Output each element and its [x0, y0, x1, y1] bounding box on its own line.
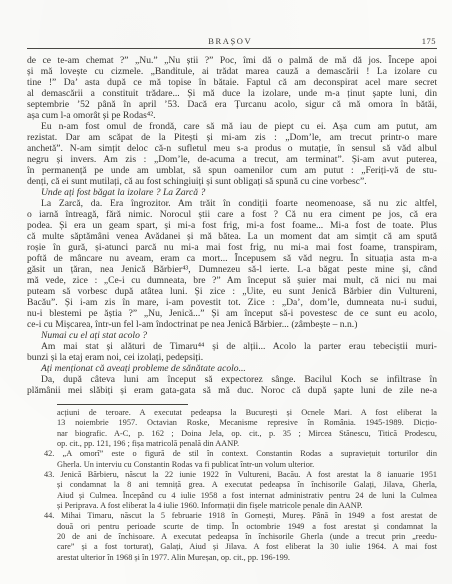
footnote-line: 13 noiembrie 1957. Octavian Roske, Mecan…: [44, 418, 437, 428]
body-text-line: în permanență pe unde am umblat, să spun…: [27, 165, 437, 176]
body-text-line: tine !” Da’ asta după ce mă topise în bă…: [27, 77, 437, 88]
footnote-line: 42. „A omorî” este o figură de stil în c…: [44, 449, 437, 459]
footnotes: acțiuni de teroare. A executat pedeapsa …: [44, 408, 437, 563]
footnote-line: 44. Mihai Timaru, născut la 5 februarie …: [44, 511, 437, 521]
body-text-line: de ce te-am chemat ?” „Nu.” „Nu știi ?” …: [27, 55, 437, 66]
footnote-line: Gherla. Un interviu cu Constantin Rodas …: [44, 460, 437, 470]
body-text-line: plămânii mei slăbiți și eram gata-gata s…: [27, 385, 437, 396]
page-header: BRAȘOV 175: [27, 36, 437, 47]
footnote-line: 43. Jenică Bărbieru, născut la 22 iunie …: [44, 470, 437, 480]
body-text-line: La Zarcă, da. Era îngrozitor. Am trăit î…: [27, 198, 437, 209]
body-text-line: septembrie ’52 până în april ’53. Dacă e…: [27, 99, 437, 110]
body-text-line: al demascării a constituit trădare... Și…: [27, 88, 437, 99]
footnote-line: și Periprava. A fost eliberat la 4 iulie…: [44, 501, 437, 511]
body-text-line: denți, că ei sunt mutilați, că au fost s…: [27, 176, 437, 187]
page-number: 175: [422, 36, 436, 47]
body-text-line: negru și invers. Am zis : „Dom’le, de-ac…: [27, 154, 437, 165]
interview-question-line: Numai cu el ați stat acolo ?: [27, 330, 437, 341]
body-text-line: așa cum l-a omorât și pe Rodas⁴².: [27, 110, 437, 121]
header-rule: [27, 48, 437, 49]
body-text-line: podea. Și era un geam spart, și mi-a fos…: [27, 220, 437, 231]
body-text-line: bunzi și la etaj eram noi, cei izolați, …: [27, 352, 437, 363]
body-text-line: că multe săptămâni venea Avădanei și mă …: [27, 231, 437, 242]
footnote-line: și condamnat la 8 ani temniță grea. A ex…: [44, 480, 437, 490]
body-text-line: ce-i cu Mișcarea, într-un fel l-am îndoc…: [27, 319, 437, 330]
body-text-line: puteam să vorbesc după atâtea luni. Și z…: [27, 286, 437, 297]
footnote-line: arestat ulterior în 1968 și în 1977. Ali…: [44, 553, 437, 563]
body-text-line: nu-i blestemi pe ăștia ?” „Nu, Jenică...…: [27, 308, 437, 319]
footnote-line: acțiuni de teroare. A executat pedeapsa …: [44, 408, 437, 418]
book-page: BRAȘOV 175 de ce te-am chemat ?” „Nu.” „…: [0, 0, 452, 584]
body-text-line: o iarnă întreagă, fără nimic. Norocul șt…: [27, 209, 437, 220]
body-text-line: găsit un țăran, nea Jenică Bărbier⁴³, Du…: [27, 264, 437, 275]
body-text: de ce te-am chemat ?” „Nu.” „Nu știi ?” …: [27, 55, 437, 396]
body-text-line: și mă lovește cu cizmele. „Banditule, ai…: [27, 66, 437, 77]
body-text-line: roșie în gură, și-atunci parcă nu mi-a m…: [27, 242, 437, 253]
body-text-line: Bacău”. Și i-am zis în mare, i-am povest…: [27, 297, 437, 308]
footnote-line: op. cit., pp. 121, 196 ; fișa matricolă …: [44, 439, 437, 449]
footnote-line: nar biografic. A-C, p. 162 ; Doina Jela,…: [44, 429, 437, 439]
body-text-line: mă vede, zice : „Ce-i cu dumneata, bre ?…: [27, 275, 437, 286]
footnote-line: două ori pentru perioade scurte de timp.…: [44, 522, 437, 532]
interview-question-line: Unde ați fost băgat la izolare ? La Zarc…: [27, 187, 437, 198]
body-text-line: Eu n-am fost omul de frondă, care să mă …: [27, 121, 437, 132]
body-text-line: anchetă”. N-am simțit deloc că-n sufletu…: [27, 143, 437, 154]
body-text-line: Am mai stat și alături de Timaru⁴⁴ și de…: [27, 341, 437, 352]
body-text-line: rezistat. Dar am scăpat de la Pitești și…: [27, 132, 437, 143]
body-text-line: Da, după câteva luni am început să expec…: [27, 374, 437, 385]
footnote-separator-rule: [57, 404, 188, 405]
running-header: BRAȘOV: [208, 36, 252, 47]
interview-question-line: Ați menționat că aveați probleme de sănă…: [27, 363, 437, 374]
footnote-line: Aiud și Culmea. Începând cu 4 iulie 1958…: [44, 491, 437, 501]
footnote-line: care” și a fost torturat), Galați, Aiud …: [44, 542, 437, 552]
footnote-line: 20 de ani de închisoare. A executat pede…: [44, 532, 437, 542]
body-text-line: poftă de mâncare nu aveam, eram ca mort.…: [27, 253, 437, 264]
